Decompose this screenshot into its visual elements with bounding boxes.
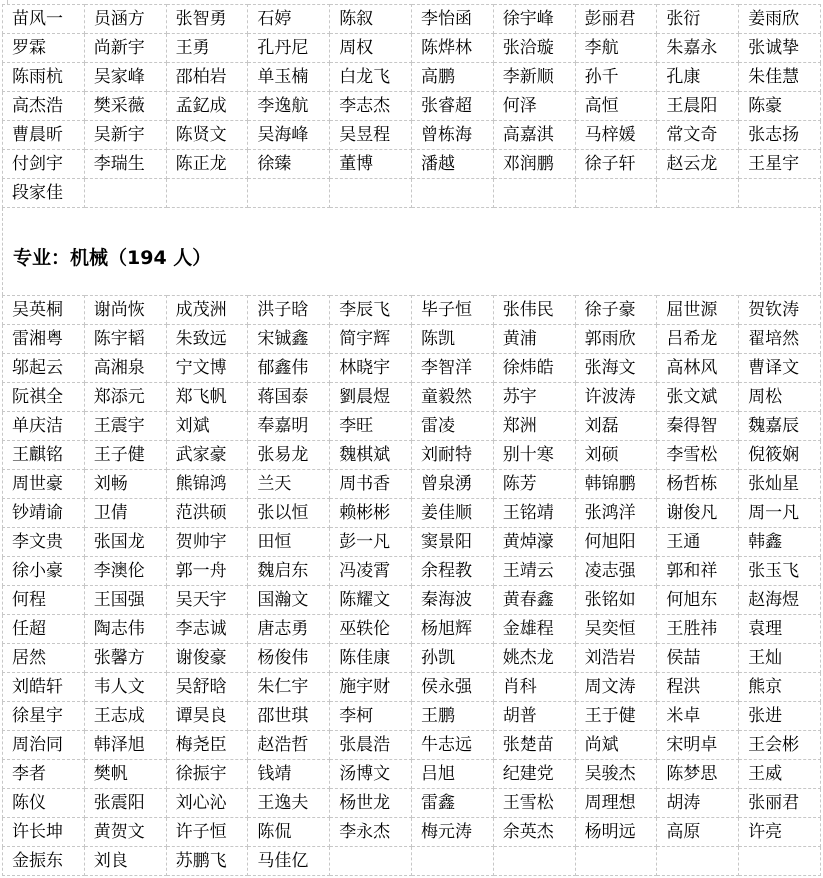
student-name-cell: 徐子轩 [575, 150, 657, 179]
student-name-cell: 邵柏岩 [166, 63, 248, 92]
student-name-cell: 宁文博 [166, 354, 248, 383]
table-row: 金振东刘良苏鹏飞马佳亿 [3, 847, 821, 876]
student-name-cell: 王胜祎 [657, 615, 739, 644]
section-divider: 专业：机械（194 人） [2, 208, 821, 295]
student-name-cell: 潘越 [411, 150, 493, 179]
table-row: 高杰浩樊采薇孟釔成李逸航李志杰张睿超何泽高恒王晨阳陈豪 [3, 92, 821, 121]
student-name-cell: 孔丹尼 [248, 34, 330, 63]
student-name-cell: 曾泉湧 [411, 470, 493, 499]
student-name-cell: 苗风一 [3, 5, 85, 34]
student-name-cell: 徐星宇 [3, 702, 85, 731]
student-name-cell: 赵云龙 [657, 150, 739, 179]
student-name-cell: 刘皓轩 [3, 673, 85, 702]
student-name-cell: 王麒铭 [3, 441, 85, 470]
student-name-cell: 刘良 [84, 847, 166, 876]
student-name-cell: 王震宇 [84, 412, 166, 441]
table-row: 周治同韩泽旭梅尧臣赵浩哲张晨浩牛志远张楚苗尚斌宋明卓王会彬 [3, 731, 821, 760]
student-name-cell: 吴舒晗 [166, 673, 248, 702]
student-name-cell: 秦海波 [411, 586, 493, 615]
student-name-cell: 李柯 [330, 702, 412, 731]
student-name-cell: 高杰浩 [3, 92, 85, 121]
student-name-cell: 王鹏 [411, 702, 493, 731]
student-name-cell: 李逸航 [248, 92, 330, 121]
student-name-cell: 劉晨煜 [330, 383, 412, 412]
roster-table-mechanical-body: 吴英桐谢尚恢成茂洲洪子晗李辰飞毕子恒张伟民徐子豪屈世源贺钦涛雷湘粤陈宇韬朱致远宋… [3, 296, 821, 876]
student-name-cell: 刘畅 [84, 470, 166, 499]
empty-cell [330, 179, 412, 208]
student-name-cell: 王靖云 [493, 557, 575, 586]
table-row: 许长坤黄贺文许子恒陈侃李永杰梅元涛余英杰杨明远高原许亮 [3, 818, 821, 847]
student-name-cell: 陈宇韬 [84, 325, 166, 354]
student-name-cell: 吴新宇 [84, 121, 166, 150]
student-name-cell: 徐小豪 [3, 557, 85, 586]
roster-table-mechanical: 吴英桐谢尚恢成茂洲洪子晗李辰飞毕子恒张伟民徐子豪屈世源贺钦涛雷湘粤陈宇韬朱致远宋… [2, 295, 821, 876]
student-name-cell: 苏宇 [493, 383, 575, 412]
student-name-cell: 熊京 [739, 673, 821, 702]
student-name-cell: 吴英桐 [3, 296, 85, 325]
empty-cell [84, 179, 166, 208]
student-name-cell: 张震阳 [84, 789, 166, 818]
student-name-cell: 张国龙 [84, 528, 166, 557]
student-name-cell: 张洽璇 [493, 34, 575, 63]
student-name-cell: 付剑宇 [3, 150, 85, 179]
student-name-cell: 李新顺 [493, 63, 575, 92]
student-name-cell: 米卓 [657, 702, 739, 731]
student-name-cell: 刘耐特 [411, 441, 493, 470]
student-name-cell: 陈耀文 [330, 586, 412, 615]
empty-cell [739, 847, 821, 876]
document-page: 苗风一员涵方张智勇石婷陈叙李怡函徐宇峰彭丽君张衍姜雨欣罗霖尚新宇王勇孔丹尼周权陈… [0, 0, 823, 878]
student-name-cell: 吴昱程 [330, 121, 412, 150]
student-name-cell: 雷鑫 [411, 789, 493, 818]
student-name-cell: 武家豪 [166, 441, 248, 470]
student-name-cell: 侯喆 [657, 644, 739, 673]
student-name-cell: 高原 [657, 818, 739, 847]
student-name-cell: 高鹏 [411, 63, 493, 92]
student-name-cell: 施宇财 [330, 673, 412, 702]
student-name-cell: 蒋国泰 [248, 383, 330, 412]
student-name-cell: 张诚挚 [739, 34, 821, 63]
student-name-cell: 金振东 [3, 847, 85, 876]
student-name-cell: 王会彬 [739, 731, 821, 760]
empty-cell [657, 847, 739, 876]
student-name-cell: 张伟民 [493, 296, 575, 325]
student-name-cell: 樊采薇 [84, 92, 166, 121]
student-name-cell: 陈叙 [330, 5, 412, 34]
empty-cell [657, 179, 739, 208]
student-name-cell: 张衍 [657, 5, 739, 34]
student-name-cell: 刘心沁 [166, 789, 248, 818]
student-name-cell: 范洪硕 [166, 499, 248, 528]
student-name-cell: 黄贺文 [84, 818, 166, 847]
table-row: 阮祺全郑添元郑飞帆蒋国泰劉晨煜童毅然苏宇许波涛张文斌周松 [3, 383, 821, 412]
student-name-cell: 陈侃 [248, 818, 330, 847]
student-name-cell: 阮祺全 [3, 383, 85, 412]
student-name-cell: 董博 [330, 150, 412, 179]
empty-cell [248, 179, 330, 208]
student-name-cell: 邬起云 [3, 354, 85, 383]
student-name-cell: 毕子恒 [411, 296, 493, 325]
empty-cell [411, 847, 493, 876]
student-name-cell: 王晨阳 [657, 92, 739, 121]
student-name-cell: 袁理 [739, 615, 821, 644]
student-name-cell: 洪子晗 [248, 296, 330, 325]
student-name-cell: 陈仪 [3, 789, 85, 818]
student-name-cell: 张进 [739, 702, 821, 731]
student-name-cell: 杨哲栋 [657, 470, 739, 499]
table-row: 周世豪刘畅熊锦鸿兰天周书香曾泉湧陈芳韩锦鹏杨哲栋张灿星 [3, 470, 821, 499]
student-name-cell: 王雪松 [493, 789, 575, 818]
student-name-cell: 雷凌 [411, 412, 493, 441]
student-name-cell: 黄春鑫 [493, 586, 575, 615]
student-name-cell: 何程 [3, 586, 85, 615]
student-name-cell: 张智勇 [166, 5, 248, 34]
student-name-cell: 单庆洁 [3, 412, 85, 441]
student-name-cell: 魏棋斌 [330, 441, 412, 470]
student-name-cell: 李旺 [330, 412, 412, 441]
student-name-cell: 王于健 [575, 702, 657, 731]
student-name-cell: 张玉飞 [739, 557, 821, 586]
student-name-cell: 童毅然 [411, 383, 493, 412]
student-name-cell: 韩锦鹏 [575, 470, 657, 499]
student-name-cell: 周松 [739, 383, 821, 412]
student-name-cell: 徐子豪 [575, 296, 657, 325]
student-name-cell: 纪建党 [493, 760, 575, 789]
student-name-cell: 金雄程 [493, 615, 575, 644]
student-name-cell: 杨世龙 [330, 789, 412, 818]
student-name-cell: 徐臻 [248, 150, 330, 179]
student-name-cell: 何旭东 [657, 586, 739, 615]
student-name-cell: 王子健 [84, 441, 166, 470]
section-title: 专业：机械（194 人） [13, 246, 820, 270]
student-name-cell: 马梓媛 [575, 121, 657, 150]
student-name-cell: 王铭靖 [493, 499, 575, 528]
student-name-cell: 窦景阳 [411, 528, 493, 557]
student-name-cell: 李志诚 [166, 615, 248, 644]
student-name-cell: 秦得智 [657, 412, 739, 441]
student-name-cell: 郁鑫伟 [248, 354, 330, 383]
student-name-cell: 周一凡 [739, 499, 821, 528]
student-name-cell: 张易龙 [248, 441, 330, 470]
student-name-cell: 许亮 [739, 818, 821, 847]
student-name-cell: 张楚苗 [493, 731, 575, 760]
student-name-cell: 熊锦鸿 [166, 470, 248, 499]
student-name-cell: 余程教 [411, 557, 493, 586]
student-name-cell: 周理想 [575, 789, 657, 818]
student-name-cell: 王逸夫 [248, 789, 330, 818]
table-row: 居然张馨方谢俊豪杨俊伟陈佳康孙凯姚杰龙刘浩岩侯喆王灿 [3, 644, 821, 673]
student-name-cell: 巫轶伦 [330, 615, 412, 644]
student-name-cell: 高嘉淇 [493, 121, 575, 150]
table-row: 陈雨杭吴家峰邵柏岩单玉楠白龙飞高鹏李新顺孙千孔康朱佳慧 [3, 63, 821, 92]
student-name-cell: 李雪松 [657, 441, 739, 470]
student-name-cell: 刘磊 [575, 412, 657, 441]
student-name-cell: 钞靖谕 [3, 499, 85, 528]
student-name-cell: 孔康 [657, 63, 739, 92]
student-name-cell: 吕希龙 [657, 325, 739, 354]
student-name-cell: 常文奇 [657, 121, 739, 150]
student-name-cell: 胡涛 [657, 789, 739, 818]
student-name-cell: 邵世琪 [248, 702, 330, 731]
student-name-cell: 白龙飞 [330, 63, 412, 92]
student-name-cell: 侯永强 [411, 673, 493, 702]
student-name-cell: 尚斌 [575, 731, 657, 760]
student-name-cell: 别十寒 [493, 441, 575, 470]
student-name-cell: 李航 [575, 34, 657, 63]
student-name-cell: 赵浩哲 [248, 731, 330, 760]
student-name-cell: 郭雨欣 [575, 325, 657, 354]
student-name-cell: 李瑞生 [84, 150, 166, 179]
student-name-cell: 汤博文 [330, 760, 412, 789]
student-name-cell: 陈正龙 [166, 150, 248, 179]
student-name-cell: 吴海峰 [248, 121, 330, 150]
student-name-cell: 吴天宇 [166, 586, 248, 615]
student-name-cell: 王威 [739, 760, 821, 789]
empty-cell [411, 179, 493, 208]
table-row: 任超陶志伟李志诚唐志勇巫轶伦杨旭辉金雄程吴奕恒王胜祎袁理 [3, 615, 821, 644]
student-name-cell: 杨明远 [575, 818, 657, 847]
student-name-cell: 谢俊凡 [657, 499, 739, 528]
table-row: 段家佳 [3, 179, 821, 208]
student-name-cell: 凌志强 [575, 557, 657, 586]
student-name-cell: 韩鑫 [739, 528, 821, 557]
student-name-cell: 陈贤文 [166, 121, 248, 150]
student-name-cell: 吕旭 [411, 760, 493, 789]
student-name-cell: 谢俊豪 [166, 644, 248, 673]
student-name-cell: 姜雨欣 [739, 5, 821, 34]
table-row: 王麒铭王子健武家豪张易龙魏棋斌刘耐特别十寒刘硕李雪松倪筱娴 [3, 441, 821, 470]
student-name-cell: 兰天 [248, 470, 330, 499]
student-name-cell: 张铭如 [575, 586, 657, 615]
student-name-cell: 樊帆 [84, 760, 166, 789]
student-name-cell: 高恒 [575, 92, 657, 121]
empty-cell [575, 847, 657, 876]
table-row: 李者樊帆徐振宇钱靖汤博文吕旭纪建党吴骏杰陈梦思王威 [3, 760, 821, 789]
table-row: 徐小豪李澳伦郭一舟魏启东冯凌霄余程教王靖云凌志强郭和祥张玉飞 [3, 557, 821, 586]
student-name-cell: 周世豪 [3, 470, 85, 499]
student-name-cell: 肖科 [493, 673, 575, 702]
student-name-cell: 贺钦涛 [739, 296, 821, 325]
student-name-cell: 刘斌 [166, 412, 248, 441]
student-name-cell: 孙凯 [411, 644, 493, 673]
table-row: 李文贵张国龙贺帅宇田恒彭一凡窦景阳黄焯濠何旭阳王通韩鑫 [3, 528, 821, 557]
student-name-cell: 邓润鹏 [493, 150, 575, 179]
student-name-cell: 周文涛 [575, 673, 657, 702]
student-name-cell: 赵海煜 [739, 586, 821, 615]
student-name-cell: 王灿 [739, 644, 821, 673]
cutoff-row-artifact [7, 0, 8, 5]
student-name-cell: 国瀚文 [248, 586, 330, 615]
student-name-cell: 雷湘粤 [3, 325, 85, 354]
student-name-cell: 郑添元 [84, 383, 166, 412]
student-name-cell: 周权 [330, 34, 412, 63]
student-name-cell: 高林风 [657, 354, 739, 383]
student-name-cell: 曹译文 [739, 354, 821, 383]
student-name-cell: 姚杰龙 [493, 644, 575, 673]
student-name-cell: 张晨浩 [330, 731, 412, 760]
student-name-cell: 魏启东 [248, 557, 330, 586]
student-name-cell: 陈雨杭 [3, 63, 85, 92]
student-name-cell: 奉嘉明 [248, 412, 330, 441]
table-row: 陈仪张震阳刘心沁王逸夫杨世龙雷鑫王雪松周理想胡涛张丽君 [3, 789, 821, 818]
table-row: 何程王国强吴天宇国瀚文陈耀文秦海波黄春鑫张铭如何旭东赵海煜 [3, 586, 821, 615]
student-name-cell: 胡普 [493, 702, 575, 731]
student-name-cell: 卫倩 [84, 499, 166, 528]
student-name-cell: 王勇 [166, 34, 248, 63]
table-row: 单庆洁王震宇刘斌奉嘉明李旺雷凌郑洲刘磊秦得智魏嘉辰 [3, 412, 821, 441]
student-name-cell: 谢尚恢 [84, 296, 166, 325]
roster-table-upper-body: 苗风一员涵方张智勇石婷陈叙李怡函徐宇峰彭丽君张衍姜雨欣罗霖尚新宇王勇孔丹尼周权陈… [3, 5, 821, 208]
student-name-cell: 孟釔成 [166, 92, 248, 121]
student-name-cell: 罗霖 [3, 34, 85, 63]
student-name-cell: 石婷 [248, 5, 330, 34]
empty-cell [493, 179, 575, 208]
student-name-cell: 成茂洲 [166, 296, 248, 325]
student-name-cell: 梅元涛 [411, 818, 493, 847]
student-name-cell: 尚新宇 [84, 34, 166, 63]
student-name-cell: 冯凌霄 [330, 557, 412, 586]
student-name-cell: 曾栋海 [411, 121, 493, 150]
student-name-cell: 张鸿洋 [575, 499, 657, 528]
student-name-cell: 李文贵 [3, 528, 85, 557]
student-name-cell: 程洪 [657, 673, 739, 702]
student-name-cell: 翟培然 [739, 325, 821, 354]
empty-cell [493, 847, 575, 876]
student-name-cell: 张灿星 [739, 470, 821, 499]
student-name-cell: 梅尧臣 [166, 731, 248, 760]
student-name-cell: 陈凯 [411, 325, 493, 354]
student-name-cell: 马佳亿 [248, 847, 330, 876]
student-name-cell: 何旭阳 [575, 528, 657, 557]
student-name-cell: 苏鹏飞 [166, 847, 248, 876]
table-row: 罗霖尚新宇王勇孔丹尼周权陈烨林张洽璇李航朱嘉永张诚挚 [3, 34, 821, 63]
student-name-cell: 倪筱娴 [739, 441, 821, 470]
student-name-cell: 张丽君 [739, 789, 821, 818]
student-name-cell: 宋铖鑫 [248, 325, 330, 354]
student-name-cell: 张以恒 [248, 499, 330, 528]
student-name-cell: 徐宇峰 [493, 5, 575, 34]
student-name-cell: 郑洲 [493, 412, 575, 441]
student-name-cell: 郑飞帆 [166, 383, 248, 412]
empty-cell [166, 179, 248, 208]
student-name-cell: 李澳伦 [84, 557, 166, 586]
table-row: 钞靖谕卫倩范洪硕张以恒赖彬彬姜佳顺王铭靖张鸿洋谢俊凡周一凡 [3, 499, 821, 528]
student-name-cell: 段家佳 [3, 179, 85, 208]
student-name-cell: 陈豪 [739, 92, 821, 121]
student-name-cell: 徐炜皓 [493, 354, 575, 383]
student-name-cell: 王星宇 [739, 150, 821, 179]
student-name-cell: 王国强 [84, 586, 166, 615]
student-name-cell: 谭昊良 [166, 702, 248, 731]
student-name-cell: 周治同 [3, 731, 85, 760]
student-name-cell: 杨旭辉 [411, 615, 493, 644]
student-name-cell: 王通 [657, 528, 739, 557]
empty-cell [575, 179, 657, 208]
student-name-cell: 许波涛 [575, 383, 657, 412]
student-name-cell: 田恒 [248, 528, 330, 557]
student-name-cell: 吴奕恒 [575, 615, 657, 644]
student-name-cell: 高湘泉 [84, 354, 166, 383]
student-name-cell: 周书香 [330, 470, 412, 499]
table-row: 吴英桐谢尚恢成茂洲洪子晗李辰飞毕子恒张伟民徐子豪屈世源贺钦涛 [3, 296, 821, 325]
student-name-cell: 孙千 [575, 63, 657, 92]
student-name-cell: 任超 [3, 615, 85, 644]
student-name-cell: 郭一舟 [166, 557, 248, 586]
student-name-cell: 何泽 [493, 92, 575, 121]
student-name-cell: 贺帅宇 [166, 528, 248, 557]
student-name-cell: 居然 [3, 644, 85, 673]
student-name-cell: 李永杰 [330, 818, 412, 847]
student-name-cell: 王志成 [84, 702, 166, 731]
student-name-cell: 姜佳顺 [411, 499, 493, 528]
student-name-cell: 唐志勇 [248, 615, 330, 644]
student-name-cell: 朱佳慧 [739, 63, 821, 92]
student-name-cell: 钱靖 [248, 760, 330, 789]
student-name-cell: 彭丽君 [575, 5, 657, 34]
student-name-cell: 朱仁宇 [248, 673, 330, 702]
table-row: 刘皓轩韦人文吴舒晗朱仁宇施宇财侯永强肖科周文涛程洪熊京 [3, 673, 821, 702]
student-name-cell: 陈烨林 [411, 34, 493, 63]
empty-cell [330, 847, 412, 876]
student-name-cell: 张睿超 [411, 92, 493, 121]
student-name-cell: 李辰飞 [330, 296, 412, 325]
table-row: 付剑宇李瑞生陈正龙徐臻董博潘越邓润鹏徐子轩赵云龙王星宇 [3, 150, 821, 179]
student-name-cell: 杨俊伟 [248, 644, 330, 673]
student-name-cell: 徐振宇 [166, 760, 248, 789]
roster-table-upper: 苗风一员涵方张智勇石婷陈叙李怡函徐宇峰彭丽君张衍姜雨欣罗霖尚新宇王勇孔丹尼周权陈… [2, 4, 821, 208]
student-name-cell: 许长坤 [3, 818, 85, 847]
student-name-cell: 李智洋 [411, 354, 493, 383]
student-name-cell: 韩泽旭 [84, 731, 166, 760]
student-name-cell: 员涵方 [84, 5, 166, 34]
table-row: 苗风一员涵方张智勇石婷陈叙李怡函徐宇峰彭丽君张衍姜雨欣 [3, 5, 821, 34]
student-name-cell: 吴家峰 [84, 63, 166, 92]
student-name-cell: 郭和祥 [657, 557, 739, 586]
student-name-cell: 曹晨昕 [3, 121, 85, 150]
student-name-cell: 李者 [3, 760, 85, 789]
student-name-cell: 陈梦思 [657, 760, 739, 789]
table-row: 雷湘粤陈宇韬朱致远宋铖鑫简宇辉陈凯黄浦郭雨欣吕希龙翟培然 [3, 325, 821, 354]
table-row: 徐星宇王志成谭昊良邵世琪李柯王鹏胡普王于健米卓张进 [3, 702, 821, 731]
student-name-cell: 刘硕 [575, 441, 657, 470]
student-name-cell: 李怡函 [411, 5, 493, 34]
student-name-cell: 许子恒 [166, 818, 248, 847]
student-name-cell: 赖彬彬 [330, 499, 412, 528]
student-name-cell: 刘浩岩 [575, 644, 657, 673]
student-name-cell: 朱致远 [166, 325, 248, 354]
student-name-cell: 张馨方 [84, 644, 166, 673]
student-name-cell: 陈芳 [493, 470, 575, 499]
table-row: 邬起云高湘泉宁文博郁鑫伟林晓宇李智洋徐炜皓张海文高林风曹译文 [3, 354, 821, 383]
student-name-cell: 宋明卓 [657, 731, 739, 760]
student-name-cell: 屈世源 [657, 296, 739, 325]
student-name-cell: 余英杰 [493, 818, 575, 847]
table-row: 曹晨昕吴新宇陈贤文吴海峰吴昱程曾栋海高嘉淇马梓媛常文奇张志扬 [3, 121, 821, 150]
student-name-cell: 张文斌 [657, 383, 739, 412]
student-name-cell: 林晓宇 [330, 354, 412, 383]
student-name-cell: 陶志伟 [84, 615, 166, 644]
student-name-cell: 陈佳康 [330, 644, 412, 673]
student-name-cell: 黄焯濠 [493, 528, 575, 557]
student-name-cell: 黄浦 [493, 325, 575, 354]
student-name-cell: 张志扬 [739, 121, 821, 150]
student-name-cell: 吴骏杰 [575, 760, 657, 789]
student-name-cell: 魏嘉辰 [739, 412, 821, 441]
student-name-cell: 简宇辉 [330, 325, 412, 354]
student-name-cell: 张海文 [575, 354, 657, 383]
student-name-cell: 韦人文 [84, 673, 166, 702]
empty-cell [739, 179, 821, 208]
